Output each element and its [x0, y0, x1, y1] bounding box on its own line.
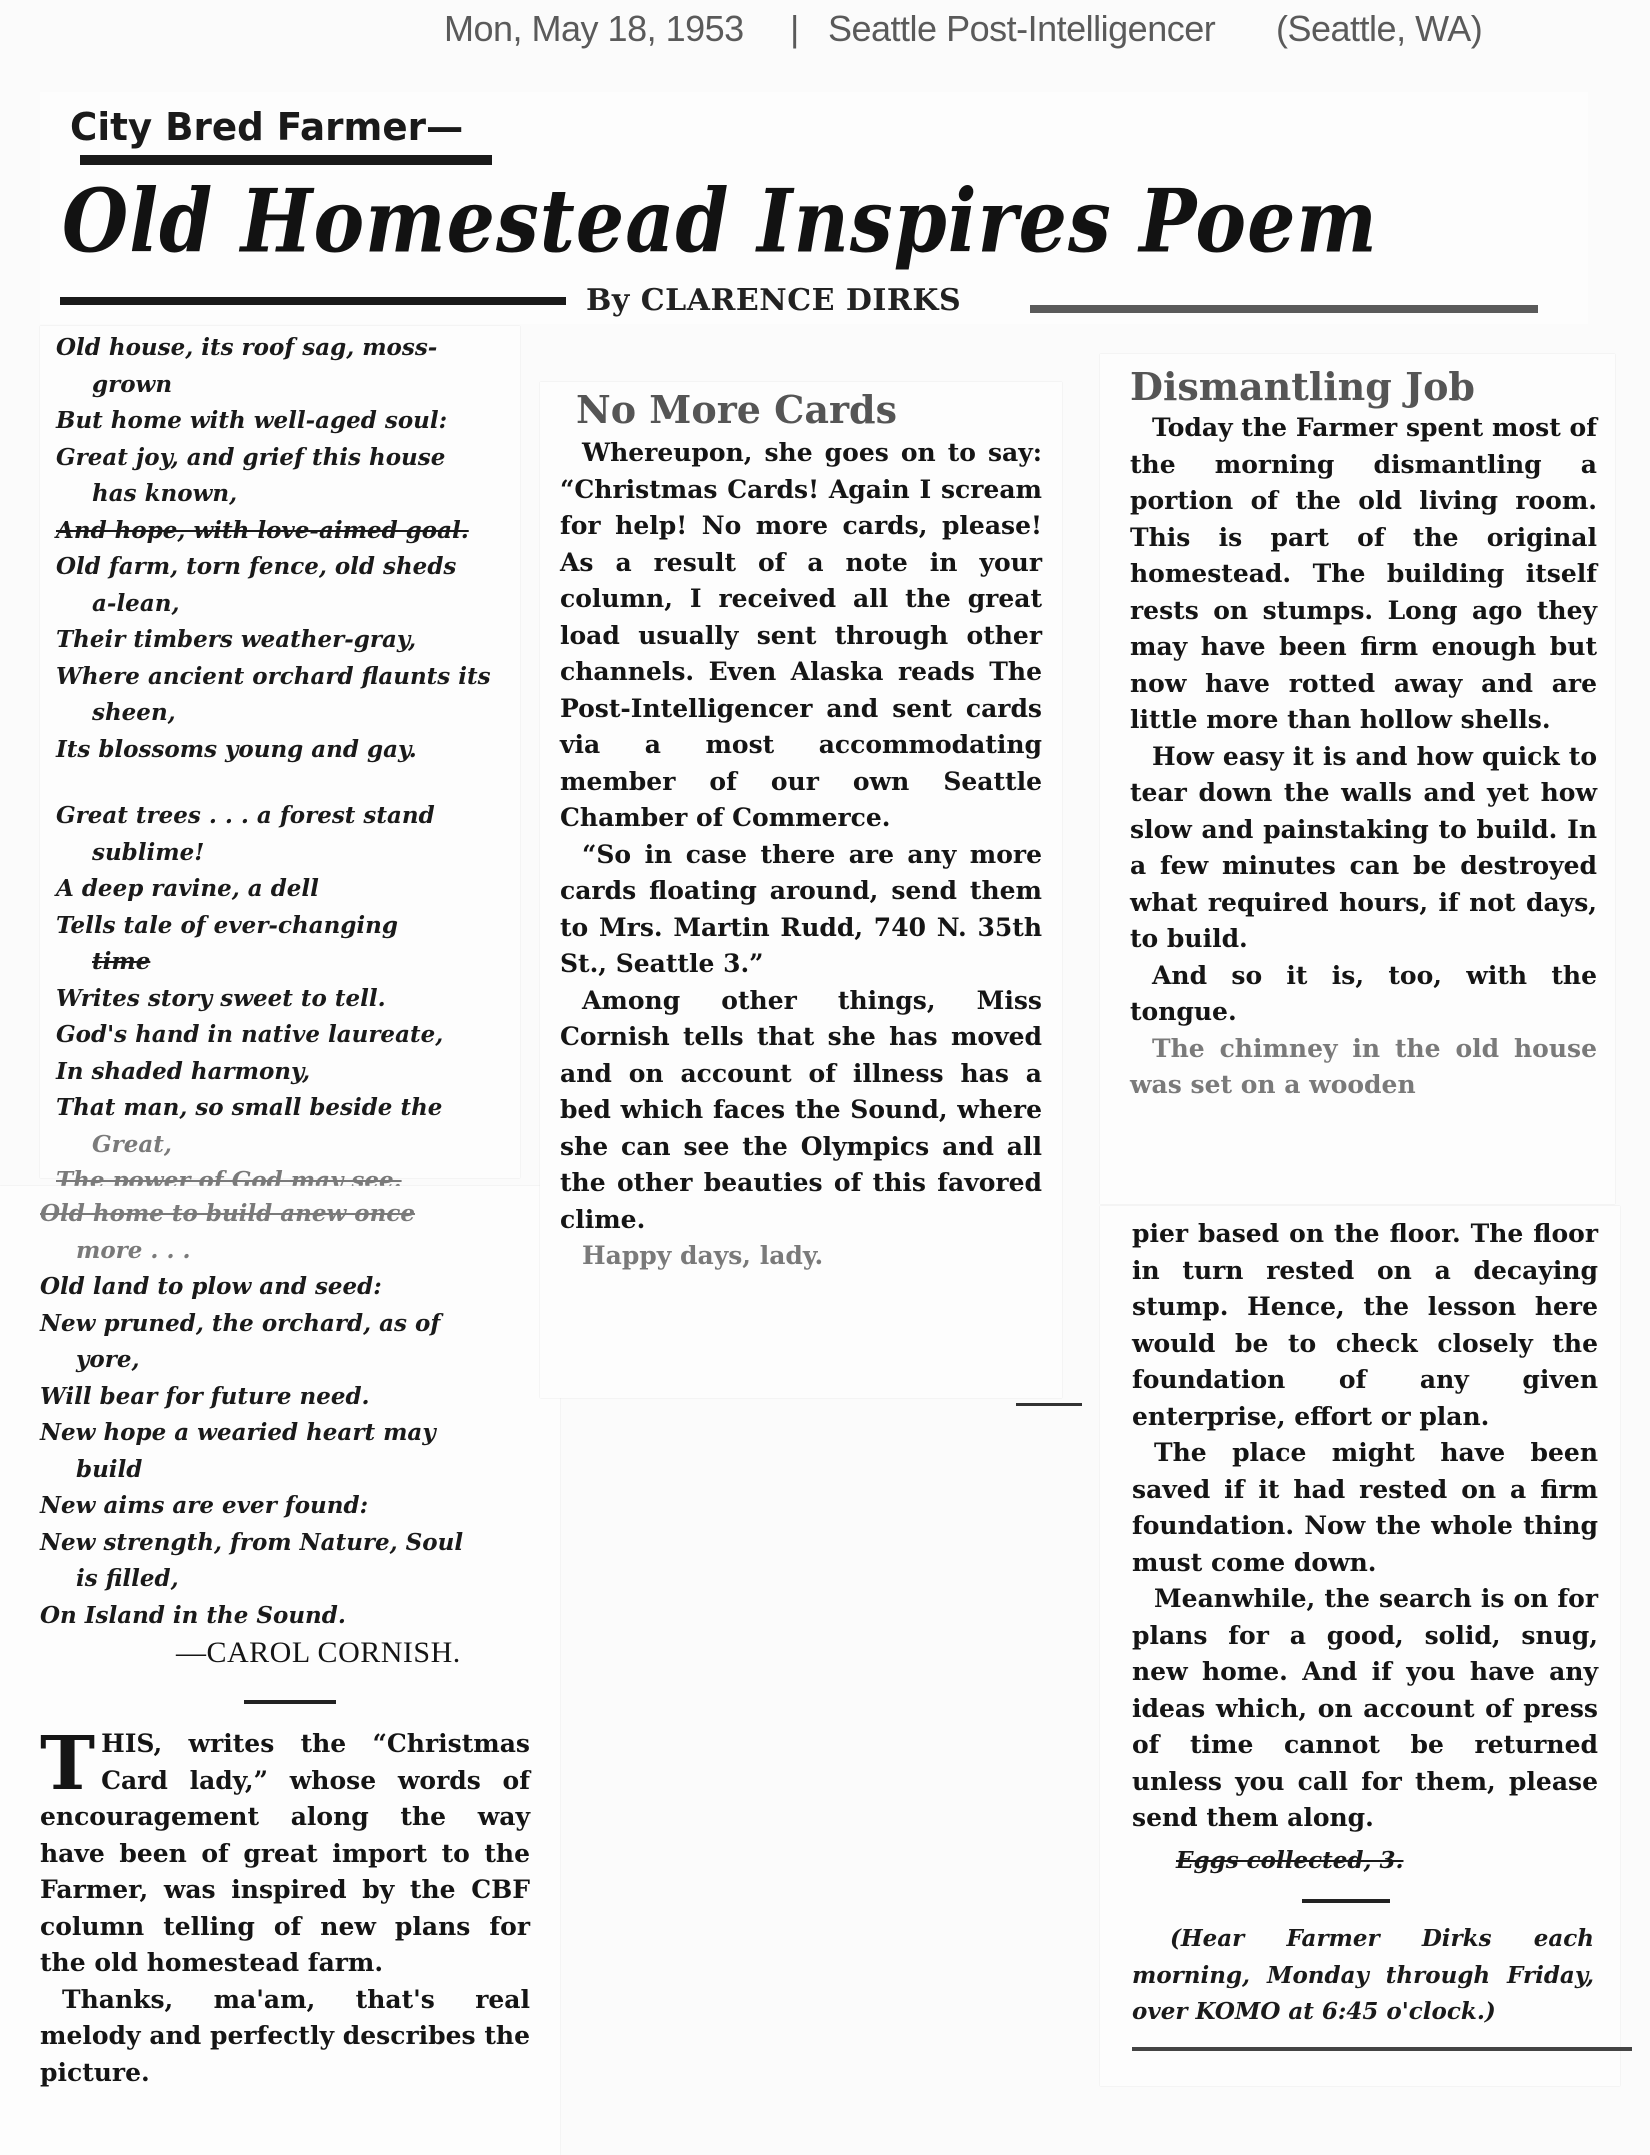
poem-line: Their timbers weather-gray,: [56, 622, 520, 659]
thanks-paragraph: Thanks, ma'am, that's real melody and pe…: [40, 1982, 530, 2092]
poem-line: Old house, its roof sag, moss-: [56, 330, 520, 367]
poem-line: Writes story sweet to tell.: [56, 981, 520, 1018]
radio-note: (Hear Farmer Dirks each morning, Monday …: [1132, 1921, 1594, 2031]
poem-line: Great joy, and grief this house: [56, 440, 520, 477]
poem-clipping-bottom: Old home to build anew oncemore . . .Old…: [0, 1186, 560, 2155]
paragraph: The chimney in the old house was set on …: [1130, 1031, 1597, 1104]
poem-line: A deep ravine, a dell: [56, 871, 520, 908]
byline: By CLARENCE DIRKS: [586, 283, 961, 318]
poem-line: That man, so small beside the: [56, 1090, 520, 1127]
publication-location: (Seattle, WA): [1276, 8, 1482, 50]
poem-line: Old farm, torn fence, old sheds: [56, 549, 520, 586]
poem-line: is filled,: [40, 1561, 540, 1598]
poem-line: Great trees . . . a forest stand: [56, 798, 520, 835]
dismantling-job-clipping-top: Dismantling Job Today the Farmer spent m…: [1100, 354, 1615, 1204]
poem-line: has known,: [56, 476, 520, 513]
poem-line: But home with well-aged soul:: [56, 403, 520, 440]
intro-text: T HIS, writes the “Christmas Card lady,”…: [40, 1726, 530, 2091]
dismantling-job-clipping-bottom: pier based on the floor. The floor in tu…: [1100, 1206, 1620, 2086]
poem-line: New aims are ever found:: [40, 1488, 540, 1525]
paragraph: How easy it is and how quick to tear dow…: [1130, 739, 1597, 958]
byline-rule-left: [60, 297, 566, 305]
paragraph: “So in case there are any more cards flo…: [560, 837, 1042, 983]
poem-signature: —CAROL CORNISH.: [40, 1636, 540, 1670]
poem-line: God's hand in native laureate,: [56, 1017, 520, 1054]
poem-line: New pruned, the orchard, as of: [40, 1306, 540, 1343]
poem-line: time: [56, 944, 520, 981]
kicker: City Bred Farmer—: [70, 105, 463, 149]
paragraph: Today the Farmer spent most of the morni…: [1130, 410, 1597, 739]
poem-line: yore,: [40, 1342, 540, 1379]
poem-line: build: [40, 1452, 540, 1489]
stray-rule: [1016, 1403, 1082, 1406]
poem-line: more . . .: [40, 1233, 540, 1270]
poem-line: And hope, with love-aimed goal.: [56, 513, 520, 550]
paragraph: Among other things, Miss Cornish tells t…: [560, 983, 1042, 1239]
dismantling-body-bottom: pier based on the floor. The floor in tu…: [1132, 1216, 1598, 1837]
poem-line: sublime!: [56, 835, 520, 872]
poem-line: New hope a wearied heart may: [40, 1415, 540, 1452]
poem-stanza-3: Old home to build anew oncemore . . .Old…: [40, 1196, 540, 1634]
no-more-cards-body: Whereupon, she goes on to say: “Christma…: [560, 435, 1042, 1275]
paragraph: Meanwhile, the search is on for plans fo…: [1132, 1581, 1598, 1837]
paragraph: Whereupon, she goes on to say: “Christma…: [560, 435, 1042, 837]
source-masthead: Mon, May 18, 1953 | Seattle Post-Intelli…: [0, 8, 1650, 68]
poem-line: a-lean,: [56, 586, 520, 623]
dismantling-body-top: Today the Farmer spent most of the morni…: [1130, 410, 1597, 1104]
poem-line: grown: [56, 367, 520, 404]
intro-paragraph: HIS, writes the “Christmas Card lady,” w…: [40, 1729, 530, 1977]
paragraph: Happy days, lady.: [560, 1238, 1042, 1275]
poem-line: In shaded harmony,: [56, 1054, 520, 1091]
drop-cap: T: [40, 1732, 95, 1796]
kicker-underline: [80, 155, 492, 165]
poem-line: Will bear for future need.: [40, 1379, 540, 1416]
poem-line: Old home to build anew once: [40, 1196, 540, 1233]
poem-line: Where ancient orchard flaunts its: [56, 659, 520, 696]
no-more-cards-clipping: No More Cards Whereupon, she goes on to …: [540, 382, 1062, 1398]
section-heading-no-more-cards: No More Cards: [576, 387, 1042, 433]
divider-rule: [244, 1700, 336, 1704]
eggs-collected-note: Eggs collected, 3.: [1132, 1843, 1598, 1880]
poem-line: Its blossoms young and gay.: [56, 732, 520, 769]
headline: Old Homestead Inspires Poem: [62, 170, 1378, 272]
paragraph: And so it is, too, with the tongue.: [1130, 958, 1597, 1031]
paragraph: pier based on the floor. The floor in tu…: [1132, 1216, 1598, 1435]
publication-name: Seattle Post-Intelligencer: [828, 8, 1215, 50]
poem-stanza-1: Old house, its roof sag, moss-grownBut h…: [56, 326, 520, 768]
poem-line: Great,: [56, 1127, 520, 1164]
poem-clipping-top: Old house, its roof sag, moss-grownBut h…: [40, 326, 520, 1178]
bottom-rule: [1132, 2047, 1632, 2051]
poem-line: On Island in the Sound.: [40, 1598, 540, 1635]
paragraph: The place might have been saved if it ha…: [1132, 1435, 1598, 1581]
section-heading-dismantling-job: Dismantling Job: [1130, 364, 1597, 410]
poem-line: sheen,: [56, 695, 520, 732]
poem-stanza-2: Great trees . . . a forest standsublime!…: [56, 798, 520, 1200]
masthead-separator: |: [790, 8, 799, 50]
poem-line: Tells tale of ever-changing: [56, 908, 520, 945]
poem-line: New strength, from Nature, Soul: [40, 1525, 540, 1562]
byline-rule-right: [1030, 305, 1538, 313]
publication-date: Mon, May 18, 1953: [444, 8, 744, 50]
divider-rule: [1302, 1899, 1390, 1903]
poem-line: Old land to plow and seed:: [40, 1269, 540, 1306]
